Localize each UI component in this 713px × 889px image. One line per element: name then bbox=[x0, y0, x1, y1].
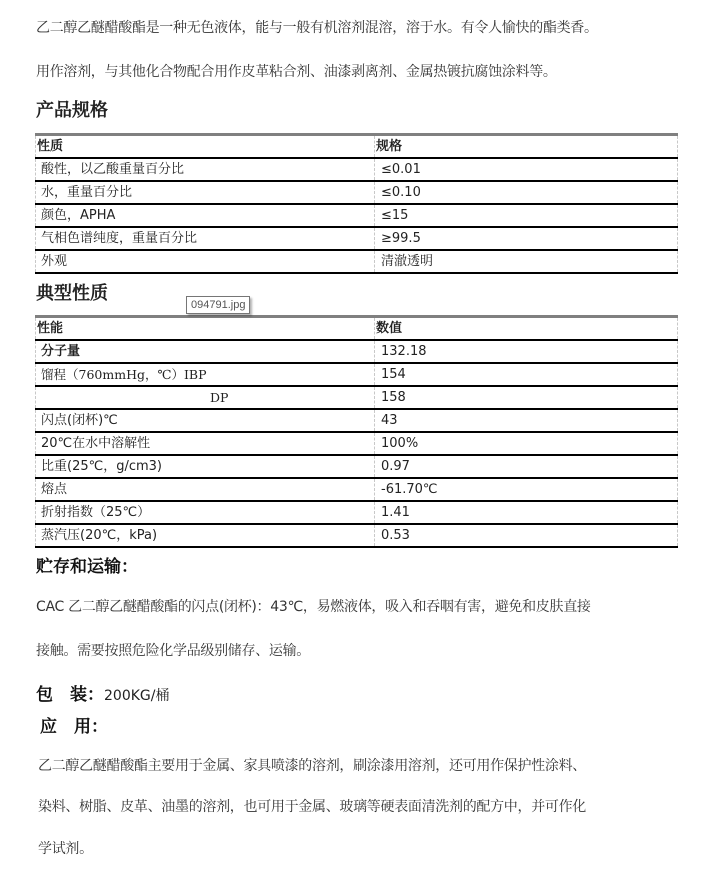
intro-paragraph-line-1: 乙二醇乙醚醋酸酯是一种无色液体，能与一般有机溶剂混溶，溶于水。有令人愉快的酯类香… bbox=[36, 19, 598, 37]
table-row: 折射指数（25℃） 1.41 bbox=[36, 501, 678, 524]
spec-table: 性质 规格 酸性，以乙酸重量百分比 ≤0.01 水，重量百分比 ≤0.10 颜色… bbox=[35, 133, 678, 274]
table-row: 20℃在水中溶解性 100% bbox=[36, 432, 678, 455]
prop-name: 折射指数（25℃） bbox=[36, 501, 375, 524]
table-row: 气相色谱纯度，重量百分比 ≥99.5 bbox=[36, 227, 678, 250]
spec-table-header: 性质 规格 bbox=[36, 135, 678, 159]
application-paragraph-line-1: 乙二醇乙醚醋酸酯主要用于金属、家具喷漆的溶剂，刷涂漆用溶剂，还可用作保护性涂料、 bbox=[38, 757, 586, 775]
table-row: 蒸汽压(20℃，kPa) 0.53 bbox=[36, 524, 678, 547]
application-title: 应 用： bbox=[40, 712, 108, 737]
spec-value: ≤15 bbox=[375, 204, 678, 227]
table-row: 颜色，APHA ≤15 bbox=[36, 204, 678, 227]
spec-property: 气相色谱纯度，重量百分比 bbox=[36, 227, 375, 250]
spec-value: ≥99.5 bbox=[375, 227, 678, 250]
prop-value: 0.53 bbox=[375, 524, 678, 547]
spec-section-title: 产品规格 bbox=[36, 100, 108, 122]
intro-paragraph-line-2: 用作溶剂，与其他化合物配合用作皮革粘合剂、油漆剥离剂、金属热镀抗腐蚀涂料等。 bbox=[36, 63, 557, 81]
prop-value: 1.41 bbox=[375, 501, 678, 524]
prop-value: 0.97 bbox=[375, 455, 678, 478]
image-filename-tooltip: 094791.jpg bbox=[186, 296, 250, 314]
prop-name: 20℃在水中溶解性 bbox=[36, 432, 375, 455]
table-row: 外观 清澈透明 bbox=[36, 250, 678, 273]
spec-property: 水，重量百分比 bbox=[36, 181, 375, 204]
table-row: 水，重量百分比 ≤0.10 bbox=[36, 181, 678, 204]
spec-value: 清澈透明 bbox=[375, 250, 678, 273]
props-col-value: 数值 bbox=[375, 317, 678, 341]
prop-value: 132.18 bbox=[375, 340, 678, 363]
application-paragraph-line-2: 染料、树脂、皮革、油墨的溶剂，也可用于金属、玻璃等硬表面清洗剂的配方中，并可作化 bbox=[38, 798, 586, 816]
prop-name: 闪点(闭杯)℃ bbox=[36, 409, 375, 432]
prop-value: 154 bbox=[375, 363, 678, 386]
table-row: 闪点(闭杯)℃ 43 bbox=[36, 409, 678, 432]
storage-paragraph-line-2: 接触。需要按照危险化学品级别储存、运输。 bbox=[36, 642, 310, 660]
spec-col-spec: 规格 bbox=[375, 135, 678, 159]
packaging-label: 包 装： bbox=[36, 685, 104, 705]
prop-value: 158 bbox=[375, 386, 678, 409]
prop-name: DP bbox=[36, 386, 375, 409]
table-row: 熔点 -61.70℃ bbox=[36, 478, 678, 501]
storage-title: 贮存和运输： bbox=[36, 556, 138, 578]
packaging-row: 包 装：200KG/桶 bbox=[36, 680, 169, 705]
table-row: 酸性，以乙酸重量百分比 ≤0.01 bbox=[36, 158, 678, 181]
table-row: 分子量 132.18 bbox=[36, 340, 678, 363]
props-table-header: 性能 数值 bbox=[36, 317, 678, 341]
table-row: 馏程（760mmHg，℃）IBP 154 bbox=[36, 363, 678, 386]
props-table: 性能 数值 分子量 132.18 馏程（760mmHg，℃）IBP 154 DP… bbox=[35, 315, 678, 548]
spec-col-property: 性质 bbox=[36, 135, 375, 159]
prop-name: 蒸汽压(20℃，kPa) bbox=[36, 524, 375, 547]
prop-name: 馏程（760mmHg，℃）IBP bbox=[36, 363, 375, 386]
table-row: 比重(25℃，g/cm3) 0.97 bbox=[36, 455, 678, 478]
storage-paragraph-line-1: CAC 乙二醇乙醚醋酸酯的闪点(闭杯)：43℃，易燃液体，吸入和吞咽有害，避免和… bbox=[36, 598, 591, 616]
spec-property: 酸性，以乙酸重量百分比 bbox=[36, 158, 375, 181]
prop-name: 熔点 bbox=[36, 478, 375, 501]
prop-value: -61.70℃ bbox=[375, 478, 678, 501]
prop-name: 比重(25℃，g/cm3) bbox=[36, 455, 375, 478]
spec-value: ≤0.01 bbox=[375, 158, 678, 181]
prop-value: 43 bbox=[375, 409, 678, 432]
table-row: DP 158 bbox=[36, 386, 678, 409]
props-section-title: 典型性质 bbox=[36, 283, 108, 305]
prop-name: 分子量 bbox=[36, 340, 375, 363]
packaging-value: 200KG/桶 bbox=[104, 688, 169, 704]
spec-value: ≤0.10 bbox=[375, 181, 678, 204]
spec-property: 外观 bbox=[36, 250, 375, 273]
application-paragraph-line-3: 学试剂。 bbox=[38, 840, 93, 858]
spec-property: 颜色，APHA bbox=[36, 204, 375, 227]
props-col-property: 性能 bbox=[36, 317, 375, 341]
prop-value: 100% bbox=[375, 432, 678, 455]
